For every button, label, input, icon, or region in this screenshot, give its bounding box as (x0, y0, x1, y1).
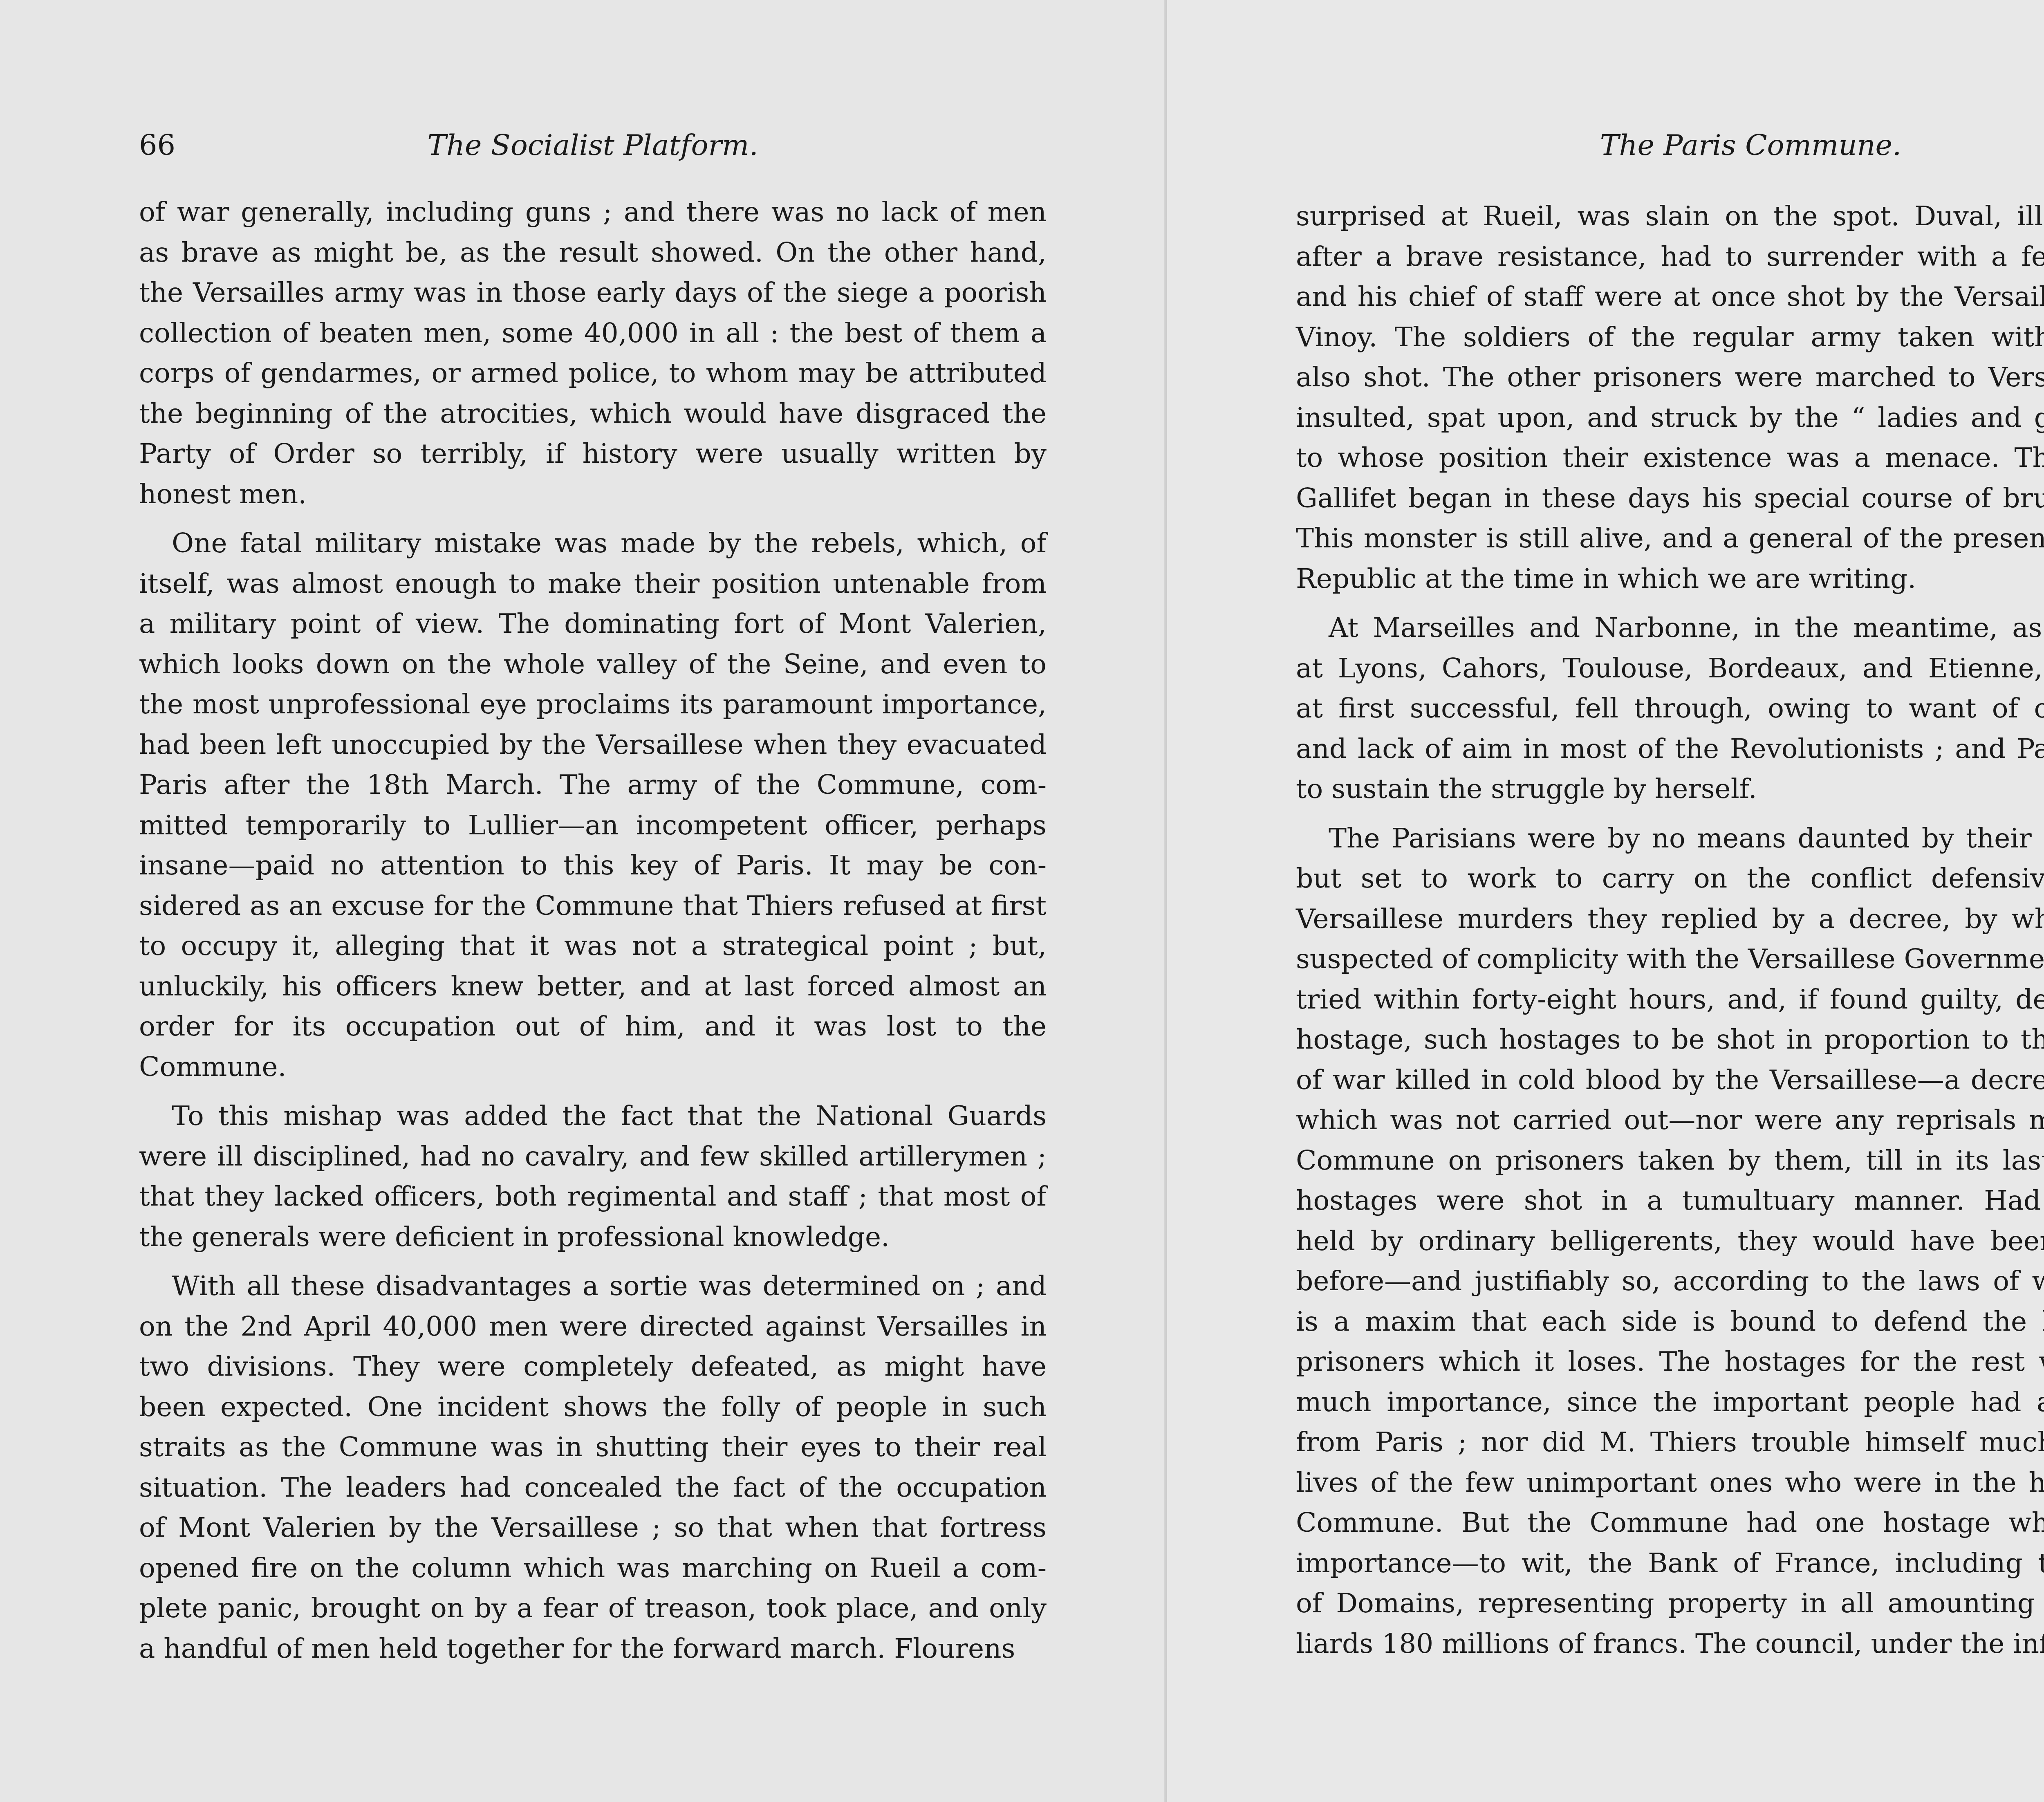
text-line: hostage, such hostages to be shot in pro… (1296, 1020, 2044, 1060)
text-line: before—and justifiably so, according to … (1296, 1261, 2044, 1302)
text-line: held by ordinary belligerents, they woul… (1296, 1221, 2044, 1262)
text-line: a military point of view. The dominating… (139, 604, 1047, 644)
right-page: The Paris Commune. 67 surprised at Rueil… (1167, 0, 2044, 1802)
text-line: at first successful, fell through, owing… (1296, 688, 2044, 729)
text-line: that they lacked officers, both regiment… (139, 1177, 1047, 1217)
text-line: as brave as might be, as the result show… (139, 233, 1047, 273)
text-line: importance—to wit, the Bank of France, i… (1296, 1543, 2044, 1584)
text-line: To this mishap was added the fact that t… (139, 1096, 1047, 1136)
text-line: Versaillese murders they replied by a de… (1296, 899, 2044, 939)
text-line: been expected. One incident shows the fo… (139, 1387, 1047, 1428)
text-line: mitted temporarily to Lullier—an incompe… (139, 805, 1047, 846)
paragraph-gap (1296, 599, 2044, 608)
text-line: and lack of aim in most of the Revolutio… (1296, 729, 2044, 769)
text-line: which looks down on the whole valley of … (139, 644, 1047, 685)
text-line: unluckily, his officers knew better, and… (139, 966, 1047, 1007)
text-line: situation. The leaders had concealed the… (139, 1468, 1047, 1508)
text-line: of war generally, including guns ; and t… (139, 192, 1047, 233)
text-line: two divisions. They were completely defe… (139, 1347, 1047, 1387)
text-line: Commune. But the Commune had one hostage… (1296, 1503, 2044, 1543)
text-line: were ill disciplined, had no cavalry, an… (139, 1136, 1047, 1177)
text-line: the generals were deficient in professio… (139, 1217, 1047, 1257)
text-line: after a brave resistance, had to surrend… (1296, 237, 2044, 277)
text-line: Vinoy. The soldiers of the regular army … (1296, 317, 2044, 358)
text-line: and his chief of staff were at once shot… (1296, 277, 2044, 317)
text-line: is a maxim that each side is bound to de… (1296, 1302, 2044, 1342)
paragraph-gap (139, 1087, 1047, 1096)
text-line: on the 2nd April 40,000 men were directe… (139, 1307, 1047, 1347)
text-line: much importance, since the important peo… (1296, 1382, 2044, 1423)
text-line: surprised at Rueil, was slain on the spo… (1296, 196, 2044, 237)
text-line: from Paris ; nor did M. Thiers trouble h… (1296, 1422, 2044, 1463)
text-line: the Versailles army was in those early d… (139, 273, 1047, 313)
left-page-body: of war generally, including guns ; and t… (139, 192, 1047, 1669)
text-line: corps of gendarmes, or armed police, to … (139, 353, 1047, 394)
text-line: At Marseilles and Narbonne, in the meant… (1296, 608, 2044, 648)
text-line: plete panic, brought on by a fear of tre… (139, 1588, 1047, 1629)
text-line: Republic at the time in which we are wri… (1296, 559, 2044, 599)
text-line: to whose position their existence was a … (1296, 438, 2044, 478)
text-line: collection of beaten men, some 40,000 in… (139, 313, 1047, 354)
running-head: The Socialist Platform. (139, 123, 1047, 168)
text-line: honest men. (139, 474, 1047, 515)
text-line: opened fire on the column which was marc… (139, 1548, 1047, 1589)
paragraph-gap (139, 514, 1047, 523)
right-page-body: surprised at Rueil, was slain on the spo… (1296, 196, 2044, 1664)
text-line: With all these disadvantages a sortie wa… (139, 1266, 1047, 1307)
text-line: a handful of men held together for the f… (139, 1629, 1047, 1669)
text-line: suspected of complicity with the Versail… (1296, 939, 2044, 979)
text-line: the beginning of the atrocities, which w… (139, 394, 1047, 434)
text-line: had been left unoccupied by the Versaill… (139, 725, 1047, 765)
text-line: but set to work to carry on the conflict… (1296, 858, 2044, 899)
text-line: One fatal military mistake was made by t… (139, 523, 1047, 564)
text-line: straits as the Commune was in shutting t… (139, 1427, 1047, 1468)
text-line: Paris after the 18th March. The army of … (139, 765, 1047, 805)
text-line: Commune. (139, 1047, 1047, 1087)
text-line: of Mont Valerien by the Versaillese ; so… (139, 1508, 1047, 1548)
text-line: which was not carried out—nor were any r… (1296, 1100, 2044, 1141)
paragraph-gap (1296, 809, 2044, 818)
text-line: insulted, spat upon, and struck by the “… (1296, 398, 2044, 438)
text-line: sidered as an excuse for the Commune tha… (139, 886, 1047, 926)
text-line: hostages were shot in a tumultuary manne… (1296, 1181, 2044, 1221)
text-line: to sustain the struggle by herself. (1296, 769, 2044, 809)
text-line: Commune on prisoners taken by them, till… (1296, 1141, 2044, 1181)
text-line: tried within forty-eight hours, and, if … (1296, 979, 2044, 1020)
text-line: the most unprofessional eye proclaims it… (139, 684, 1047, 725)
right-page-header: The Paris Commune. 67 (1296, 123, 2044, 168)
running-head: The Paris Commune. (1296, 123, 2044, 168)
paragraph-gap (139, 1257, 1047, 1266)
text-line: Party of Order so terribly, if history w… (139, 434, 1047, 474)
text-line: The Parisians were by no means daunted b… (1296, 818, 2044, 859)
text-line: Gallifet began in these days his special… (1296, 478, 2044, 519)
text-line: also shot. The other prisoners were marc… (1296, 357, 2044, 398)
text-line: insane—paid no attention to this key of … (139, 845, 1047, 886)
text-line: order for its occupation out of him, and… (139, 1006, 1047, 1047)
text-line: itself, was almost enough to make their … (139, 564, 1047, 604)
text-line: at Lyons, Cahors, Toulouse, Bordeaux, an… (1296, 648, 2044, 689)
left-page-header: 66 The Socialist Platform. (139, 123, 1047, 168)
text-line: prisoners which it loses. The hostages f… (1296, 1342, 2044, 1382)
text-line: liards 180 millions of francs. The counc… (1296, 1624, 2044, 1664)
text-line: to occupy it, alleging that it was not a… (139, 926, 1047, 966)
text-line: lives of the few unimportant ones who we… (1296, 1463, 2044, 1503)
text-line: of Domains, representing property in all… (1296, 1583, 2044, 1624)
left-page: 66 The Socialist Platform. of war genera… (0, 0, 1167, 1802)
text-line: of war killed in cold blood by the Versa… (1296, 1060, 2044, 1100)
text-line: This monster is still alive, and a gener… (1296, 518, 2044, 559)
